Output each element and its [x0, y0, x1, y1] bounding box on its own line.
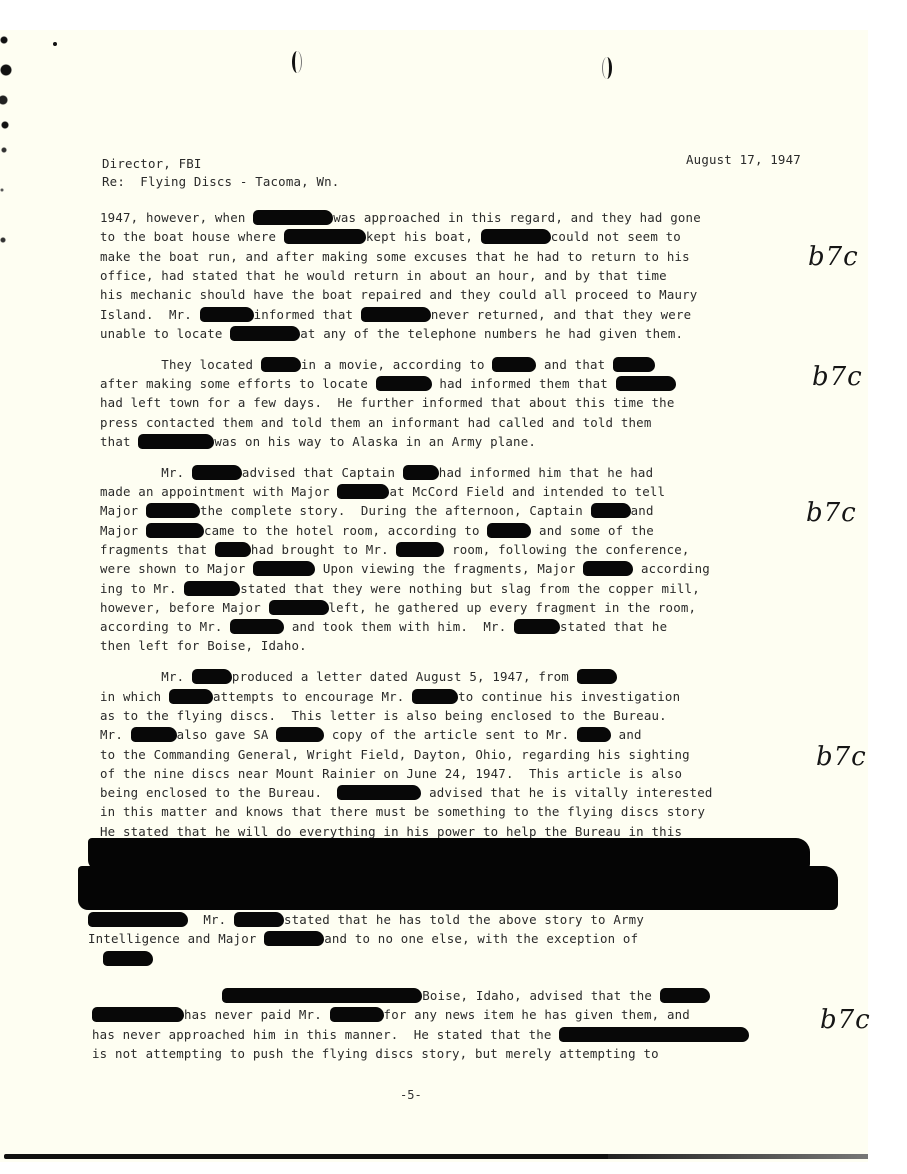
redaction-bar — [337, 785, 421, 800]
memo-line: made an appointment with Major at McCord… — [100, 482, 665, 501]
memo-line: Mr. produced a letter dated August 5, 19… — [100, 667, 617, 686]
memo-line: Major the complete story. During the aft… — [100, 501, 654, 520]
memo-line: has never paid Mr. for any news item he … — [92, 1005, 690, 1024]
memo-line: Intelligence and Major and to no one els… — [88, 929, 638, 948]
memo-text: attempts to encourage Mr. — [213, 689, 412, 704]
memo-text: never returned, and that they were — [431, 307, 691, 322]
handwritten-b7c: b7c — [808, 242, 859, 272]
memo-line: being enclosed to the Bureau. advised th… — [100, 783, 713, 802]
redaction-bar — [577, 669, 617, 684]
memo-line: however, before Major left, he gathered … — [100, 598, 696, 617]
memo-text: Boise, Idaho, advised that the — [422, 988, 659, 1003]
memo-text: after making some efforts to locate — [100, 376, 376, 391]
memo-line: Mr. stated that he has told the above st… — [88, 910, 644, 929]
memo-text: Mr. — [100, 727, 131, 742]
redaction-bar — [253, 561, 315, 576]
redaction-bar — [396, 542, 444, 557]
page-number: -5- — [400, 1088, 422, 1102]
memo-text: that — [100, 434, 138, 449]
memo-text: the complete story. During the afternoon… — [200, 503, 591, 518]
redaction-bar — [591, 503, 631, 518]
redaction-bar — [200, 307, 254, 322]
memo-text: and some of the — [531, 523, 654, 538]
memo-line: fragments that had brought to Mr. room, … — [100, 540, 690, 559]
redaction-bar — [169, 689, 213, 704]
redaction-bar — [253, 210, 333, 225]
redaction-bar — [184, 581, 240, 596]
memo-text: advised that Captain — [242, 465, 403, 480]
memo-text: Mr. — [100, 669, 192, 684]
redaction-bar — [487, 523, 531, 538]
header-date: August 17, 1947 — [686, 150, 801, 169]
memo-line: make the boat run, and after making some… — [100, 247, 690, 266]
redaction-bar — [514, 619, 560, 634]
memo-text: make the boat run, and after making some… — [100, 249, 690, 264]
memo-text: to the Commanding General, Wright Field,… — [100, 747, 690, 762]
redaction-bar — [613, 357, 655, 372]
memo-text: stated that they were nothing but slag f… — [240, 581, 700, 596]
memo-text: in this matter and knows that there must… — [100, 804, 705, 819]
memo-text — [88, 951, 103, 966]
memo-text: press contacted them and told them an in… — [100, 415, 652, 430]
memo-text: at McCord Field and intended to tell — [389, 484, 665, 499]
memo-text: however, before Major — [100, 600, 269, 615]
memo-line: according to Mr. and took them with him.… — [100, 617, 667, 636]
memo-line: to the boat house where kept his boat, c… — [100, 227, 681, 246]
memo-text: being enclosed to the Bureau. — [100, 785, 337, 800]
scan-speck — [53, 42, 57, 46]
redaction-bar — [492, 357, 536, 372]
memo-text: according to Mr. — [100, 619, 230, 634]
memo-text: and took them with him. Mr. — [284, 619, 514, 634]
memo-text: fragments that — [100, 542, 215, 557]
memo-text: kept his boat, — [366, 229, 481, 244]
redaction-bar — [103, 951, 153, 966]
handwritten-b7c: b7c — [816, 742, 867, 772]
memo-text: informed that — [254, 307, 361, 322]
memo-text: and that — [536, 357, 613, 372]
redaction-bar — [376, 376, 432, 391]
redaction-bar — [583, 561, 633, 576]
redaction-bar — [192, 465, 242, 480]
memo-line: They located in a movie, according to an… — [100, 355, 655, 374]
memo-line: ing to Mr. stated that they were nothing… — [100, 579, 700, 598]
memo-line — [88, 949, 153, 968]
memo-text — [92, 988, 222, 1003]
redaction-bar — [261, 357, 301, 372]
memo-text: has never approached him in this manner.… — [92, 1027, 559, 1042]
memo-text: Intelligence and Major — [88, 931, 264, 946]
memo-text: They located — [100, 357, 261, 372]
scan-edge-noise — [0, 30, 12, 360]
header-to: Director, FBI — [102, 154, 202, 173]
memo-text: has never paid Mr. — [184, 1007, 330, 1022]
redaction-bar — [131, 727, 177, 742]
memo-line: that was on his way to Alaska in an Army… — [100, 432, 536, 451]
memo-text: was on his way to Alaska in an Army plan… — [214, 434, 536, 449]
memo-text: room, following the conference, — [444, 542, 689, 557]
memo-line: unable to locate at any of the telephone… — [100, 324, 683, 343]
redaction-bar — [361, 307, 431, 322]
redaction-bar — [276, 727, 324, 742]
redaction-bar — [660, 988, 710, 1003]
memo-text: were shown to Major — [100, 561, 253, 576]
memo-text: could not seem to — [551, 229, 681, 244]
header-re: Re: Flying Discs - Tacoma, Wn. — [102, 172, 339, 191]
redaction-bar — [215, 542, 251, 557]
memo-text: 1947, however, when — [100, 210, 253, 225]
memo-text: according — [633, 561, 710, 576]
memo-line: were shown to Major Upon viewing the fra… — [100, 559, 710, 578]
memo-text: and — [611, 727, 642, 742]
memo-line: office, had stated that he would return … — [100, 266, 667, 285]
redaction-bar — [330, 1007, 384, 1022]
redaction-bar — [222, 988, 422, 1003]
memo-text: Mr. — [100, 465, 192, 480]
memo-line: Mr. advised that Captain had informed hi… — [100, 463, 653, 482]
memo-text: office, had stated that he would return … — [100, 268, 667, 283]
memo-text: Island. Mr. — [100, 307, 200, 322]
memo-text: to the boat house where — [100, 229, 284, 244]
memo-text: Major — [100, 523, 146, 538]
redaction-bar — [481, 229, 551, 244]
redaction-bar — [616, 376, 676, 391]
memo-text: for any news item he has given them, and — [384, 1007, 690, 1022]
memo-text: then left for Boise, Idaho. — [100, 638, 307, 653]
memo-text: in which — [100, 689, 169, 704]
memo-text: ing to Mr. — [100, 581, 184, 596]
memo-text: was approached in this regard, and they … — [333, 210, 701, 225]
redaction-bar — [146, 523, 204, 538]
redaction-bar — [230, 619, 284, 634]
memo-line: in this matter and knows that there must… — [100, 802, 705, 821]
handwritten-b7c: b7c — [820, 1005, 871, 1035]
memo-text: had informed them that — [432, 376, 616, 391]
memo-text: advised that he is vitally interested — [421, 785, 712, 800]
memo-text: his mechanic should have the boat repair… — [100, 287, 697, 302]
redaction-bar — [92, 1007, 184, 1022]
memo-text: of the nine discs near Mount Rainier on … — [100, 766, 682, 781]
scan-bottom-edge — [4, 1154, 868, 1159]
memo-text: and to no one else, with the exception o… — [324, 931, 638, 946]
memo-text: also gave SA — [177, 727, 277, 742]
redaction-bar — [269, 600, 329, 615]
redaction-bar — [234, 912, 284, 927]
memo-line: is not attempting to push the flying dis… — [92, 1044, 659, 1063]
memo-text: produced a letter dated August 5, 1947, … — [232, 669, 577, 684]
memo-text: made an appointment with Major — [100, 484, 337, 499]
memo-text: had brought to Mr. — [251, 542, 397, 557]
memo-text: had informed him that he had — [439, 465, 653, 480]
punch-hole-right — [602, 57, 612, 79]
redaction-bar — [138, 434, 214, 449]
memo-line: after making some efforts to locate had … — [100, 374, 676, 393]
redaction-bar — [264, 931, 324, 946]
redaction-bar — [284, 229, 366, 244]
memo-line: then left for Boise, Idaho. — [100, 636, 307, 655]
memo-text: He stated that he will do everything in … — [100, 824, 682, 839]
redaction-bar — [88, 912, 188, 927]
memo-text: and — [631, 503, 654, 518]
redaction-bar — [146, 503, 200, 518]
memo-text: Mr. — [188, 912, 234, 927]
memo-text: came to the hotel room, according to — [204, 523, 487, 538]
memo-line: as to the flying discs. This letter is a… — [100, 706, 667, 725]
memo-text: Major — [100, 503, 146, 518]
redaction-bar — [230, 326, 300, 341]
memo-text: copy of the article sent to Mr. — [324, 727, 577, 742]
memo-line: Island. Mr. informed that never returned… — [100, 305, 691, 324]
redaction-bar — [337, 484, 389, 499]
memo-line: Mr. also gave SA copy of the article sen… — [100, 725, 642, 744]
handwritten-b7c: b7c — [812, 362, 863, 392]
memo-text: in a movie, according to — [301, 357, 493, 372]
memo-text: left, he gathered up every fragment in t… — [329, 600, 697, 615]
handwritten-b7c: b7c — [806, 498, 857, 528]
memo-line: to the Commanding General, Wright Field,… — [100, 745, 690, 764]
memo-text: had left town for a few days. He further… — [100, 395, 674, 410]
redaction-bar — [559, 1027, 749, 1042]
memo-text: as to the flying discs. This letter is a… — [100, 708, 667, 723]
redaction-bar — [577, 727, 611, 742]
redaction-block — [78, 866, 838, 910]
memo-text: stated that he — [560, 619, 667, 634]
memo-line: has never approached him in this manner.… — [92, 1025, 749, 1044]
memo-text: at any of the telephone numbers he had g… — [300, 326, 683, 341]
redaction-bar — [192, 669, 232, 684]
memo-line: had left town for a few days. He further… — [100, 393, 674, 412]
memo-line: his mechanic should have the boat repair… — [100, 285, 697, 304]
memo-text: to continue his investigation — [458, 689, 680, 704]
memo-text: unable to locate — [100, 326, 230, 341]
punch-hole-left — [292, 51, 302, 73]
redaction-bar — [412, 689, 458, 704]
memo-text: stated that he has told the above story … — [284, 912, 644, 927]
redaction-bar — [403, 465, 439, 480]
memo-line: Boise, Idaho, advised that the — [92, 986, 710, 1005]
memo-line: of the nine discs near Mount Rainier on … — [100, 764, 682, 783]
memo-line: in which attempts to encourage Mr. to co… — [100, 687, 680, 706]
memo-line: Major came to the hotel room, according … — [100, 521, 654, 540]
memo-text: is not attempting to push the flying dis… — [92, 1046, 659, 1061]
memo-line: 1947, however, when was approached in th… — [100, 208, 701, 227]
memo-text: Upon viewing the fragments, Major — [315, 561, 583, 576]
memo-line: press contacted them and told them an in… — [100, 413, 652, 432]
